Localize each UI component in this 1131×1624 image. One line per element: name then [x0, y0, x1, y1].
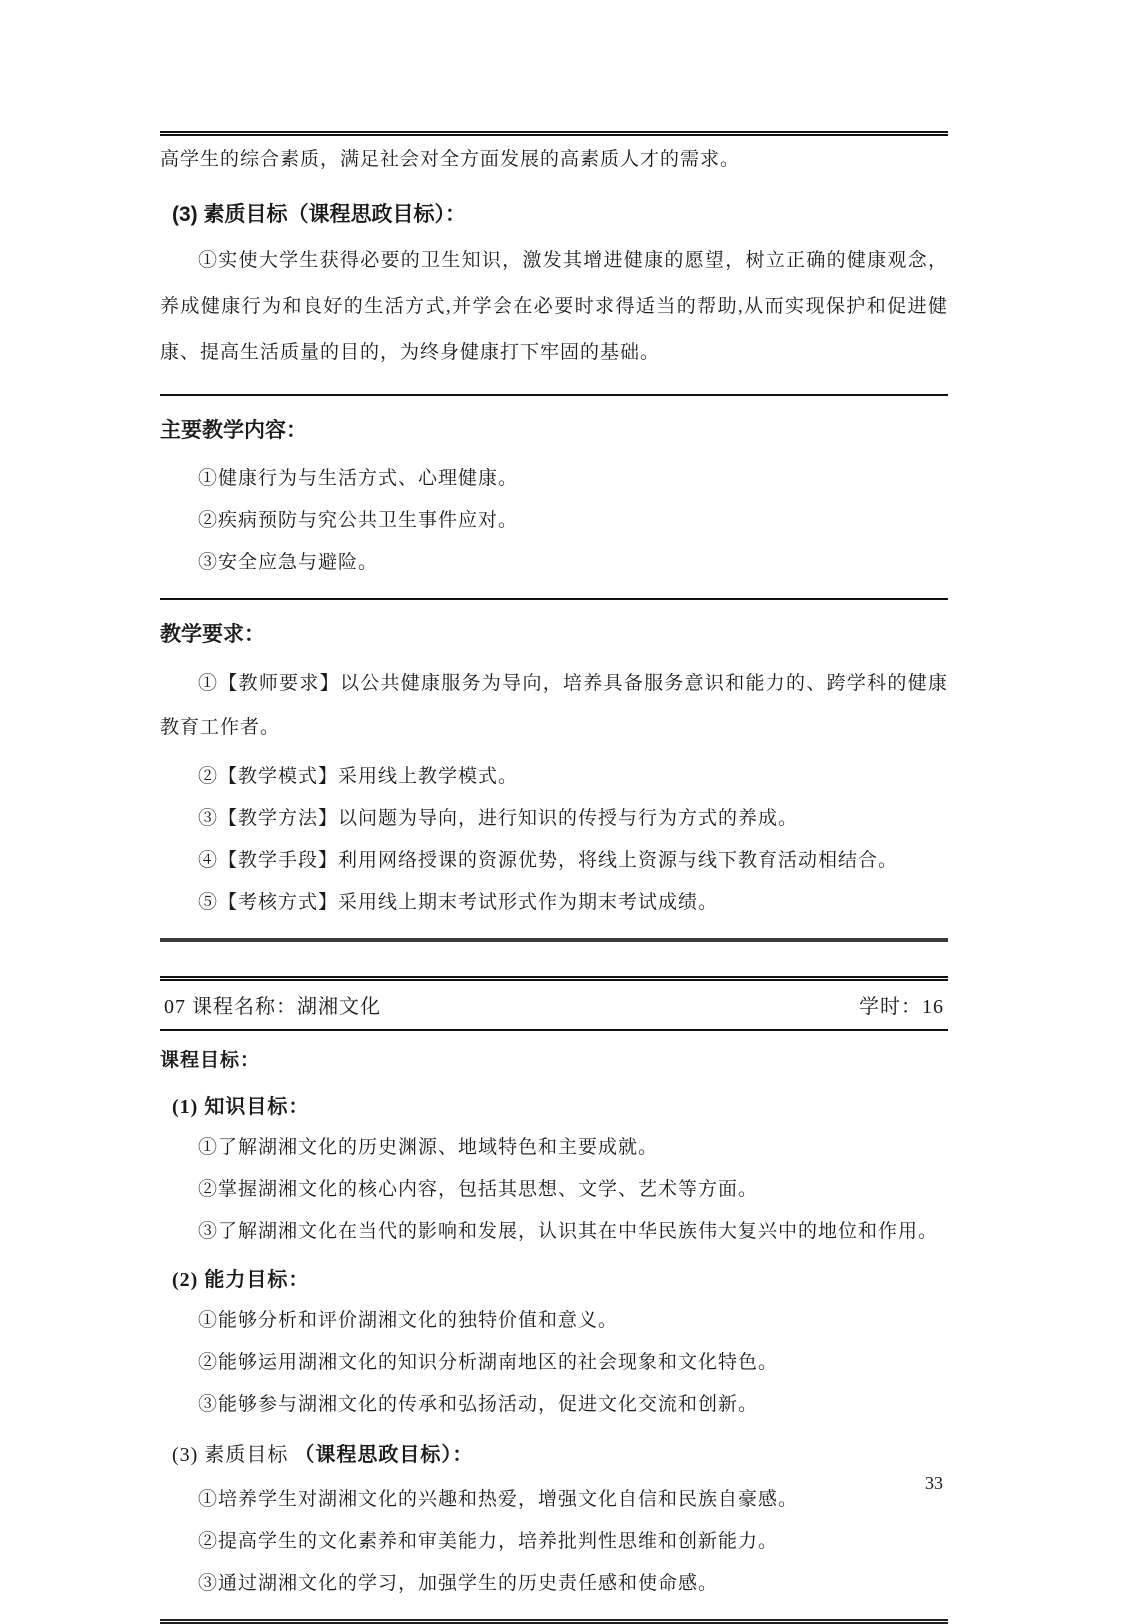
- knowledge-item: ②掌握湖湘文化的核心内容，包括其思想、文学、艺术等方面。: [160, 1177, 948, 1203]
- divider-line: [160, 598, 948, 600]
- content-item: ①健康行为与生活方式、心理健康。: [160, 466, 948, 492]
- knowledge-goal-heading: (1) 知识目标：: [160, 1090, 948, 1119]
- quality-item: ②提高学生的文化素养和审美能力，培养批判性思维和创新能力。: [160, 1529, 948, 1555]
- course-goals-heading: 课程目标：: [160, 1045, 948, 1072]
- quality-goal-heading: (3) 素质目标（课程思政目标）：: [160, 198, 948, 228]
- requirement-item: ④【教学手段】利用网络授课的资源优势，将线上资源与线下教育活动相结合。: [160, 848, 948, 874]
- requirement-item: ①【教师要求】以公共健康服务为导向，培养具备服务意识和能力的、跨学科的健康教育工…: [160, 662, 948, 750]
- ability-item: ①能够分析和评价湖湘文化的独特价值和意义。: [160, 1308, 948, 1334]
- teaching-content-heading: 主要教学内容：: [160, 414, 948, 444]
- divider-line: [160, 394, 948, 396]
- content-item: ②疾病预防与究公共卫生事件应对。: [160, 508, 948, 534]
- requirement-item: ⑤【考核方式】采用线上期末考试形式作为期末考试成绩。: [160, 890, 948, 916]
- course-title: 07 课程名称：湖湘文化: [164, 990, 381, 1019]
- knowledge-item: ③了解湖湘文化在当代的影响和发展，认识其在中华民族伟大复兴中的地位和作用。: [160, 1219, 948, 1245]
- section-end-thick-line: [160, 938, 948, 942]
- content-item: ③安全应急与避险。: [160, 550, 948, 576]
- ability-item: ③能够参与湖湘文化的传承和弘扬活动，促进文化交流和创新。: [160, 1392, 948, 1418]
- ability-goal-heading: (2) 能力目标：: [160, 1263, 948, 1292]
- section-end-double-line: [160, 1619, 948, 1624]
- course-hours: 学时：16: [859, 990, 944, 1019]
- quality-goal-paragraph: ①实使大学生获得必要的卫生知识，激发其增进健康的愿望，树立正确的健康观念，养成健…: [160, 238, 948, 376]
- requirement-item: ③【教学方法】以问题为导向，进行知识的传授与行为方式的养成。: [160, 806, 948, 832]
- document-page: 高学生的综合素质，满足社会对全方面发展的高素质人才的需求。 (3) 素质目标（课…: [0, 0, 1131, 1600]
- quality-item: ①培养学生对湖湘文化的兴趣和热爱，增强文化自信和民族自豪感。: [160, 1487, 948, 1513]
- section-health-course: 高学生的综合素质，满足社会对全方面发展的高素质人才的需求。 (3) 素质目标（课…: [160, 136, 948, 942]
- intro-paragraph: 高学生的综合素质，满足社会对全方面发展的高素质人才的需求。: [160, 136, 948, 174]
- quality-goal-heading-bold: （课程思政目标）：: [294, 1444, 473, 1466]
- requirement-item: ②【教学模式】采用线上教学模式。: [160, 764, 948, 790]
- knowledge-item: ①了解湖湘文化的历史渊源、地域特色和主要成就。: [160, 1135, 948, 1161]
- section-huxiang-course: 07 课程名称：湖湘文化 学时：16 课程目标： (1) 知识目标： ①了解湖湘…: [160, 976, 948, 1624]
- ability-item: ②能够运用湖湘文化的知识分析湖南地区的社会现象和文化特色。: [160, 1350, 948, 1376]
- teaching-requirements-heading: 教学要求：: [160, 618, 948, 648]
- quality-goal-heading-plain: (3) 素质目标: [172, 1444, 294, 1466]
- page-number: 33: [925, 1473, 943, 1494]
- quality-goal-heading: (3) 素质目标 （课程思政目标）：: [160, 1438, 948, 1467]
- course-header-bar: 07 课程名称：湖湘文化 学时：16: [160, 976, 948, 1031]
- page-content: 高学生的综合素质，满足社会对全方面发展的高素质人才的需求。 (3) 素质目标（课…: [160, 131, 948, 1624]
- quality-item: ③通过湖湘文化的学习，加强学生的历史责任感和使命感。: [160, 1571, 948, 1597]
